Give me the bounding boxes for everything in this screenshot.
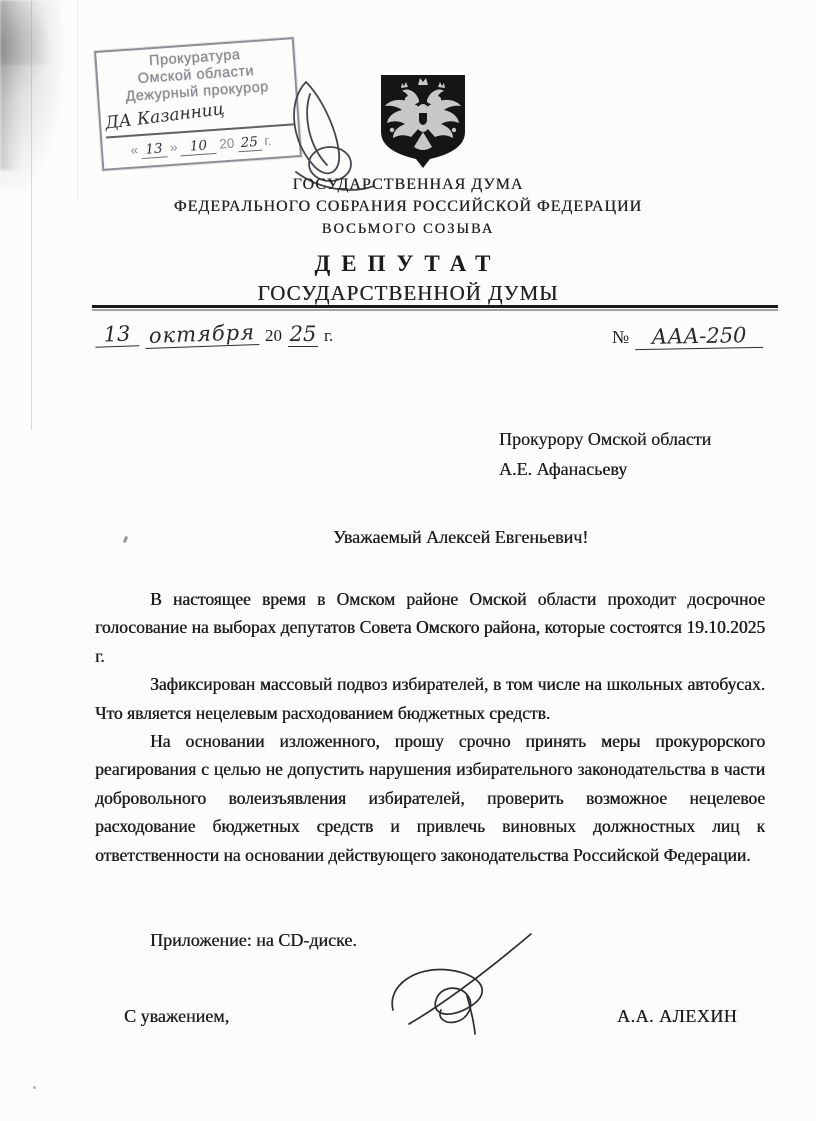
- scan-artifact: [0, 0, 48, 98]
- handwritten-day: 13: [95, 321, 140, 348]
- scan-artifact: [0, 0, 62, 190]
- addressee-line1: Прокурору Омской области: [499, 424, 711, 454]
- scan-artifact: [0, 0, 22, 170]
- year-genitive: г.: [324, 326, 333, 346]
- scan-artifact-line: [77, 0, 78, 200]
- russia-coat-of-arms: [376, 72, 470, 172]
- letterhead-line3: ВОСЬМОГО СОЗЫВА: [0, 221, 816, 238]
- handwritten-number: ААА-250: [635, 323, 763, 350]
- double-headed-eagle-icon: [376, 72, 470, 172]
- scan-artifact-speck: [33, 1086, 36, 1089]
- salutation: Уважаемый Алексей Евгеньевич!: [333, 527, 588, 548]
- stamp-year-value: 25: [237, 134, 262, 153]
- body-paragraph-1: В настоящее время в Омском районе Омской…: [95, 585, 765, 670]
- addressee-block: Прокурору Омской области А.Е. Афанасьеву: [499, 424, 711, 484]
- letterhead-divider: [92, 305, 778, 311]
- attachment-note: Приложение: на CD-диске.: [95, 930, 357, 951]
- body-paragraph-3: На основании изложенного, прошу срочно п…: [95, 727, 765, 869]
- stamp-month-value: 10: [180, 137, 217, 156]
- letterhead-subtitle: ГОСУДАРСТВЕННОЙ ДУМЫ: [0, 281, 816, 306]
- handwritten-month: октября: [145, 320, 260, 349]
- letter-number-line: № ААА-250: [612, 324, 763, 349]
- year-prefix: 20: [265, 326, 282, 346]
- addressee-line2: А.Е. Афанасьеву: [499, 454, 711, 484]
- scanned-letter-page: Прокуратура Омской области Дежурный прок…: [0, 0, 816, 1121]
- closing-signer-name: А.А. АЛЕХИН: [617, 1006, 737, 1027]
- stamp-quote-open: «: [130, 142, 139, 157]
- letterhead-title: ДЕПУТАТ: [0, 251, 816, 277]
- body-paragraph-2: Зафиксирован массовый подвоз избирателей…: [95, 670, 765, 727]
- stamp-quote-close: »: [169, 140, 178, 155]
- stamp-year-prefix: 20: [219, 136, 235, 152]
- handwritten-signature-icon: [375, 926, 565, 1038]
- letterhead-line1: ГОСУДАРСТВЕННАЯ ДУМА: [0, 176, 816, 194]
- closing-regards: С уважением,: [124, 1006, 229, 1027]
- number-label: №: [612, 327, 629, 348]
- letterhead-line2: ФЕДЕРАЛЬНОГО СОБРАНИЯ РОССИЙСКОЙ ФЕДЕРАЦ…: [0, 198, 816, 216]
- handwritten-year: 25: [288, 322, 318, 347]
- scan-artifact: [0, 0, 50, 65]
- scan-artifact-speck: [123, 536, 128, 544]
- letter-date-line: 13 октября 2025 г.: [95, 322, 333, 347]
- letter-body: В настоящее время в Омском районе Омской…: [95, 585, 765, 869]
- letterhead: ГОСУДАРСТВЕННАЯ ДУМА ФЕДЕРАЛЬНОГО СОБРАН…: [0, 176, 816, 306]
- stamp-day-value: 13: [140, 140, 167, 159]
